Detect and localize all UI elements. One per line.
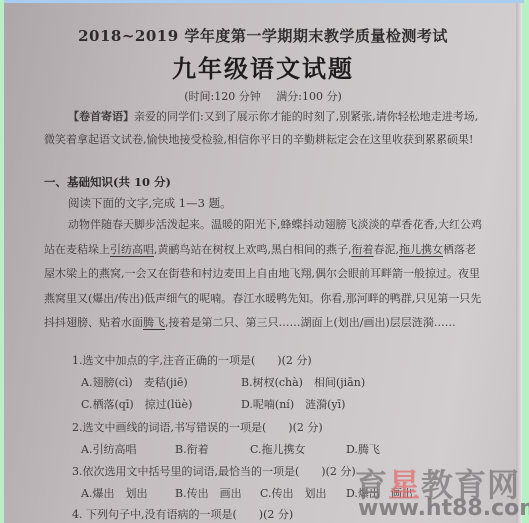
exam-meta: (时间:120 分钟 满分:100 分) <box>4 88 522 104</box>
exam-time: (时间:120 分钟 <box>184 90 261 103</box>
question-1-option-b: B.树杈(chà) 相间(jiān) <box>241 374 365 390</box>
underlined-word: 拖儿携女 <box>399 243 443 256</box>
passage-text: ,接着是第二只、第三只……湖面上(划出/画出)层层涟漪…… <box>165 316 456 329</box>
reading-passage: 动物伴随春天脚步活泼起来。温暖的阳光下,蜂蝶抖动翅膀飞淡淡的草香花香,大红公鸡站… <box>44 213 484 336</box>
question-1-option-a: A.翅膀(cì) 麦秸(jiē) <box>81 374 188 390</box>
intro-tag: 【卷首寄语】 <box>68 110 134 123</box>
question-2-option-b: B.衔着 <box>175 441 209 457</box>
exam-paper-photo: 2018~2019 学年度第一学期期末教学质量检测考试 九年级语文试题 (时间:… <box>4 3 522 523</box>
reading-instruction: 阅读下面的文字,完成 1—3 题。 <box>68 195 232 211</box>
intro-message: 【卷首寄语】亲爱的同学们:又到了展示你才能的时刻了,别紧张,请你轻松地走进考场,… <box>44 105 484 151</box>
question-2-stem: 2.选文中画线的词语,书写错误的一项是( )(2 分) <box>72 419 323 435</box>
question-1-stem: 1.选文中加点的字,注音正确的一项是( )(2 分) <box>72 352 312 368</box>
section-title: 一、基础知识(共 10 分) <box>44 174 171 190</box>
passage-text: ,黄鹂鸟站在树杈上欢鸣,黑白相间的燕子, <box>154 243 352 256</box>
question-2-option-c: C.拖儿携女 <box>250 441 306 457</box>
exam-subtitle: 2018~2019 学年度第一学期期末教学质量检测考试 <box>4 25 522 46</box>
question-2-option-d: D.腾飞 <box>346 441 380 457</box>
frame-right-border <box>524 0 529 523</box>
question-3-option-a: A.爆出 划出 <box>81 485 147 501</box>
question-3-stem: 3.依次选用文中括号里的词语,最恰当的一项是( )(2 分) <box>72 463 356 479</box>
question-4-stem: 4. 下列句子中,没有语病的一项是( )(2 分) <box>72 506 293 522</box>
exam-header: 2018~2019 学年度第一学期期末教学质量检测考试 九年级语文试题 (时间:… <box>4 25 522 104</box>
watermark-url: www.ht88.com <box>358 496 529 521</box>
passage-text: 春泥, <box>374 243 400 256</box>
underlined-word: 衔着 <box>352 243 374 256</box>
underlined-word: 引纺高唱 <box>110 243 154 256</box>
exam-score: 满分:100 分) <box>276 90 342 103</box>
question-1-option-d: D.呢喃(ní) 涟漪(yī) <box>241 396 345 412</box>
site-watermark: 育星教育网 www.ht88.com <box>350 460 529 523</box>
question-2-option-a: A.引纺高唱 <box>81 441 136 457</box>
question-1-option-c: C.栖落(qī) 掠过(lüè) <box>81 396 192 412</box>
exam-title: 九年级语文试题 <box>4 49 522 84</box>
question-3-option-c: C.传出 划出 <box>260 485 327 501</box>
question-3-option-b: B.传出 画出 <box>175 485 242 501</box>
underlined-word: 腾飞 <box>143 316 165 329</box>
